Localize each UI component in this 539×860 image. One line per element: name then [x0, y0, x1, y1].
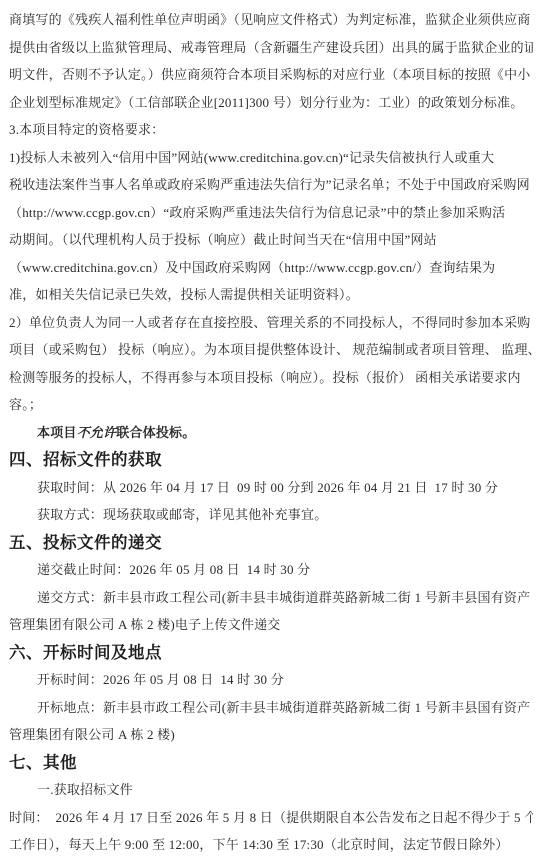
- document-page: 商填写的《残疾人福利性单位声明函》（见响应文件格式）为判定标准，监狱企业须供应商…: [0, 0, 539, 859]
- intro-paragraph-line-4: 企业划型标准规定》（工信部联企业[2011]300 号）划分行业为：工业）的政策…: [9, 89, 533, 117]
- requirement-1-line-3: （http://www.ccgp.gov.cn）“政府采购严重违法失信行为信息记…: [9, 199, 533, 227]
- requirement-2-line-4: 容。；: [9, 391, 533, 419]
- document-obtain-period-line-1: 时间： 2026 年 4 月 17 日至 2026 年 5 月 8 日（提供期限…: [9, 804, 533, 832]
- no-consortium-statement: 本项目不允许联合体投标。: [9, 419, 533, 447]
- requirement-1-line-4: 动期间。（以代理机构人员于投标（响应）截止时间当天在“信用中国”网站: [9, 226, 533, 254]
- intro-paragraph-line-1: 商填写的《残疾人福利性单位声明函》（见响应文件格式）为判定标准，监狱企业须供应商: [9, 6, 533, 34]
- submission-deadline: 递交截止时间：2026 年 05 月 08 日 14 时 30 分: [9, 556, 533, 584]
- document-obtain-period-line-2: 工作日），每天上午 9:00 至 12:00，下午 14:30 至 17:30（…: [9, 831, 533, 859]
- requirement-2-line-1: 2）单位负责人为同一人或者存在直接控股、管理关系的不同投标人，不得同时参加本采购: [9, 309, 533, 337]
- bid-opening-location-line-2: 管理集团有限公司 A 栋 2 楼): [9, 721, 533, 749]
- section-4-heading: 四、招标文件的获取: [9, 446, 533, 474]
- requirement-1-line-1: 1)投标人未被列入“信用中国”网站(www.creditchina.gov.cn…: [9, 144, 533, 172]
- section-5-heading: 五、投标文件的递交: [9, 529, 533, 557]
- requirement-2-line-2: 项目（或采购包） 投标（响应）。为本项目提供整体设计、 规范编制或者项目管理、 …: [9, 336, 533, 364]
- intro-paragraph-line-2: 提供由省级以上监狱管理局、戒毒管理局（含新疆生产建设兵团）出具的属于监狱企业的证: [9, 34, 533, 62]
- text-run: 本项目: [37, 425, 77, 440]
- bid-opening-time: 开标时间：2026 年 05 月 08 日 14 时 30 分: [9, 666, 533, 694]
- submission-method-line-1: 递交方式：新丰县市政工程公司(新丰县丰城街道群英路新城二街 1 号新丰县国有资产: [9, 584, 533, 612]
- obtain-method: 获取方式：现场获取或邮寄，详见其他补充事宜。: [9, 501, 533, 529]
- section-7-heading: 七、其他: [9, 749, 533, 777]
- obtain-time: 获取时间：从 2026 年 04 月 17 日 09 时 00 分到 2026 …: [9, 474, 533, 502]
- text-run: 不允许: [77, 425, 117, 440]
- requirement-1-line-2: 税收违法案件当事人名单或政府采购严重违法失信行为”记录名单；不处于中国政府采购网: [9, 171, 533, 199]
- section-6-heading: 六、开标时间及地点: [9, 639, 533, 667]
- requirement-1-line-6: 准，如相关失信记录已失效，投标人需提供相关证明资料）。: [9, 281, 533, 309]
- submission-method-line-2: 管理集团有限公司 A 栋 2 楼)电子上传文件递交: [9, 611, 533, 639]
- text-run: 联合体投标。: [116, 425, 195, 440]
- requirement-2-line-3: 检测等服务的投标人，不得再参与本项目投标（响应）。投标（报价） 函相关承诺要求内: [9, 364, 533, 392]
- requirement-1-line-5: （www.creditchina.gov.cn）及中国政府采购网（http://…: [9, 254, 533, 282]
- other-item-1: 一.获取招标文件: [9, 776, 533, 804]
- qualification-requirements-title: 3.本项目特定的资格要求：: [9, 116, 533, 144]
- bid-opening-location-line-1: 开标地点：新丰县市政工程公司(新丰县丰城街道群英路新城二街 1 号新丰县国有资产: [9, 694, 533, 722]
- intro-paragraph-line-3: 明文件，否则不予认定。）供应商须符合本项目采购标的对应行业（本项目标的按照《中小: [9, 61, 533, 89]
